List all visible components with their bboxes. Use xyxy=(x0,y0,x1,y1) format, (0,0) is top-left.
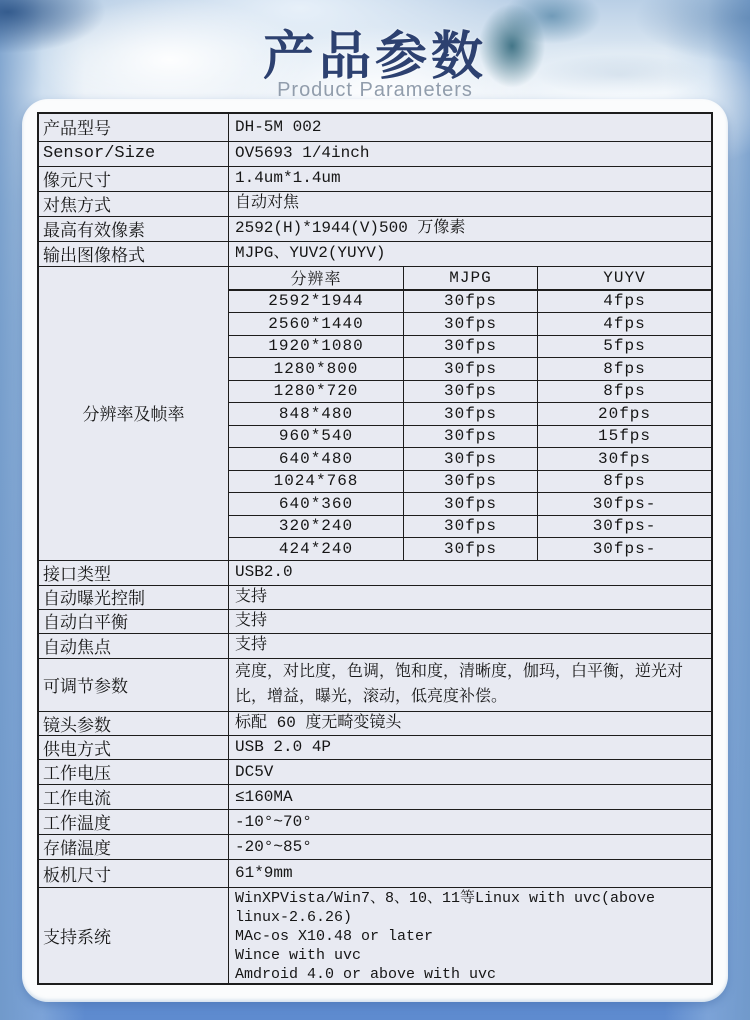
yuyv-fps-cell: 30fps xyxy=(538,448,711,470)
resolution-row: 848*480 30fps 20fps xyxy=(229,403,711,426)
mjpg-fps-cell: 30fps xyxy=(404,313,538,335)
mjpg-fps-cell: 30fps xyxy=(404,426,538,448)
spec-table: 产品型号 DH-5M 002 Sensor/Size OV5693 1/4inc… xyxy=(37,112,713,985)
mjpg-fps-cell: 30fps xyxy=(404,291,538,313)
row-value: 1.4um*1.4um xyxy=(229,167,711,191)
yuyv-fps-cell: 8fps xyxy=(538,358,711,380)
table-row-board-size: 板机尺寸 61*9mm xyxy=(39,860,711,888)
mjpg-fps-cell: 30fps xyxy=(404,516,538,538)
resolution-cell: 2592*1944 xyxy=(229,291,404,313)
yuyv-fps-cell: 8fps xyxy=(538,471,711,493)
row-value: 亮度，对比度，色调，饱和度，清晰度，伽玛，白平衡，逆光对比，增益，曝光，滚动，低… xyxy=(229,659,711,711)
yuyv-fps-cell: 5fps xyxy=(538,336,711,358)
row-value: -20°~85° xyxy=(229,835,711,859)
table-row-focus-mode: 对焦方式 自动对焦 xyxy=(39,192,711,217)
resolution-section-label: 分辨率及帧率 xyxy=(39,267,229,560)
row-label: 自动曝光控制 xyxy=(39,586,229,609)
yuyv-fps-cell: 8fps xyxy=(538,381,711,403)
mjpg-fps-cell: 30fps xyxy=(404,336,538,358)
table-row-working-current: 工作电流 ≤160MA xyxy=(39,785,711,810)
table-row-working-temperature: 工作温度 -10°~70° xyxy=(39,810,711,835)
resolution-row: 2560*1440 30fps 4fps xyxy=(229,313,711,336)
row-label: 工作温度 xyxy=(39,810,229,834)
mjpg-fps-cell: 30fps xyxy=(404,538,538,560)
resolution-cell: 1920*1080 xyxy=(229,336,404,358)
table-row-working-voltage: 工作电压 DC5V xyxy=(39,760,711,785)
table-row-power-supply: 供电方式 USB 2.0 4P xyxy=(39,736,711,760)
card-panel: 产品型号 DH-5M 002 Sensor/Size OV5693 1/4inc… xyxy=(22,99,728,1002)
row-label: 接口类型 xyxy=(39,561,229,585)
resolution-cell: 1280*720 xyxy=(229,381,404,403)
resolution-row: 1024*768 30fps 8fps xyxy=(229,471,711,494)
row-label: 板机尺寸 xyxy=(39,860,229,887)
row-value: MJPG、YUV2(YUYV) xyxy=(229,242,711,266)
table-row-auto-white-balance: 自动白平衡 支持 xyxy=(39,610,711,634)
page-subtitle: Product Parameters xyxy=(0,79,750,102)
resolution-cell: 1024*768 xyxy=(229,471,404,493)
table-row-adjustable-params: 可调节参数 亮度，对比度，色调，饱和度，清晰度，伽玛，白平衡，逆光对比，增益，曝… xyxy=(39,659,711,712)
resolution-row: 1280*800 30fps 8fps xyxy=(229,358,711,381)
row-value: -10°~70° xyxy=(229,810,711,834)
row-label: 工作电压 xyxy=(39,760,229,784)
resolution-cell: 2560*1440 xyxy=(229,313,404,335)
table-row-max-pixels: 最高有效像素 2592(H)*1944(V)500 万像素 xyxy=(39,217,711,242)
column-header-mjpg: MJPG xyxy=(404,267,538,289)
row-label: 最高有效像素 xyxy=(39,217,229,241)
yuyv-fps-cell: 4fps xyxy=(538,291,711,313)
column-header-yuyv: YUYV xyxy=(538,267,711,289)
table-row-product-model: 产品型号 DH-5M 002 xyxy=(39,114,711,142)
row-label: 供电方式 xyxy=(39,736,229,759)
mjpg-fps-cell: 30fps xyxy=(404,471,538,493)
resolution-row: 960*540 30fps 15fps xyxy=(229,426,711,449)
row-value: DC5V xyxy=(229,760,711,784)
mjpg-fps-cell: 30fps xyxy=(404,403,538,425)
column-header-resolution: 分辨率 xyxy=(229,267,404,289)
resolution-framerate-section: 分辨率及帧率 分辨率 MJPG YUYV 2592*1944 30fps 4fp… xyxy=(39,267,711,561)
resolution-cell: 1280*800 xyxy=(229,358,404,380)
row-label: 像元尺寸 xyxy=(39,167,229,191)
row-value: USB 2.0 4P xyxy=(229,736,711,759)
row-label: 自动焦点 xyxy=(39,634,229,658)
row-label: 产品型号 xyxy=(39,114,229,141)
resolution-row: 1920*1080 30fps 5fps xyxy=(229,336,711,359)
resolution-row: 640*480 30fps 30fps xyxy=(229,448,711,471)
row-value: 自动对焦 xyxy=(229,192,711,216)
row-label: 可调节参数 xyxy=(39,659,229,711)
page-title: 产品参数 xyxy=(0,14,750,89)
resolution-cell: 640*480 xyxy=(229,448,404,470)
resolution-cell: 424*240 xyxy=(229,538,404,560)
resolution-row: 2592*1944 30fps 4fps xyxy=(229,291,711,314)
table-row-supported-systems: 支持系统 WinXPVista/Win7、8、10、11等Linux with … xyxy=(39,888,711,983)
resolution-row: 424*240 30fps 30fps- xyxy=(229,538,711,560)
resolution-cell: 320*240 xyxy=(229,516,404,538)
row-label: 支持系统 xyxy=(39,888,229,983)
row-value: WinXPVista/Win7、8、10、11等Linux with uvc(a… xyxy=(229,888,711,983)
row-value: 支持 xyxy=(229,634,711,658)
row-label: 输出图像格式 xyxy=(39,242,229,266)
row-label: Sensor/Size xyxy=(39,142,229,166)
row-value: 2592(H)*1944(V)500 万像素 xyxy=(229,217,711,241)
row-label: 存储温度 xyxy=(39,835,229,859)
yuyv-fps-cell: 20fps xyxy=(538,403,711,425)
table-row-sensor-size: Sensor/Size OV5693 1/4inch xyxy=(39,142,711,167)
table-row-interface-type: 接口类型 USB2.0 xyxy=(39,561,711,586)
table-row-storage-temperature: 存储温度 -20°~85° xyxy=(39,835,711,860)
resolution-row: 1280*720 30fps 8fps xyxy=(229,381,711,404)
table-row-auto-focus: 自动焦点 支持 xyxy=(39,634,711,659)
resolution-cell: 640*360 xyxy=(229,493,404,515)
resolution-table-header: 分辨率 MJPG YUYV xyxy=(229,267,711,291)
resolution-cell: 960*540 xyxy=(229,426,404,448)
table-row-lens-params: 镜头参数 标配 60 度无畸变镜头 xyxy=(39,712,711,736)
row-label: 工作电流 xyxy=(39,785,229,809)
table-row-auto-exposure: 自动曝光控制 支持 xyxy=(39,586,711,610)
yuyv-fps-cell: 30fps- xyxy=(538,493,711,515)
row-label: 自动白平衡 xyxy=(39,610,229,633)
yuyv-fps-cell: 4fps xyxy=(538,313,711,335)
mjpg-fps-cell: 30fps xyxy=(404,448,538,470)
yuyv-fps-cell: 30fps- xyxy=(538,516,711,538)
yuyv-fps-cell: 15fps xyxy=(538,426,711,448)
row-value: 61*9mm xyxy=(229,860,711,887)
row-value: DH-5M 002 xyxy=(229,114,711,141)
resolution-row: 320*240 30fps 30fps- xyxy=(229,516,711,539)
mjpg-fps-cell: 30fps xyxy=(404,381,538,403)
row-value: 支持 xyxy=(229,610,711,633)
row-value: 标配 60 度无畸变镜头 xyxy=(229,712,711,735)
mjpg-fps-cell: 30fps xyxy=(404,358,538,380)
mjpg-fps-cell: 30fps xyxy=(404,493,538,515)
row-value: USB2.0 xyxy=(229,561,711,585)
resolution-cell: 848*480 xyxy=(229,403,404,425)
yuyv-fps-cell: 30fps- xyxy=(538,538,711,560)
table-row-pixel-size: 像元尺寸 1.4um*1.4um xyxy=(39,167,711,192)
resolution-row: 640*360 30fps 30fps- xyxy=(229,493,711,516)
row-value: 支持 xyxy=(229,586,711,609)
table-row-output-format: 输出图像格式 MJPG、YUV2(YUYV) xyxy=(39,242,711,267)
row-label: 对焦方式 xyxy=(39,192,229,216)
resolution-table: 分辨率 MJPG YUYV 2592*1944 30fps 4fps 2560*… xyxy=(229,267,711,560)
row-value: ≤160MA xyxy=(229,785,711,809)
row-label: 镜头参数 xyxy=(39,712,229,735)
row-value: OV5693 1/4inch xyxy=(229,142,711,166)
